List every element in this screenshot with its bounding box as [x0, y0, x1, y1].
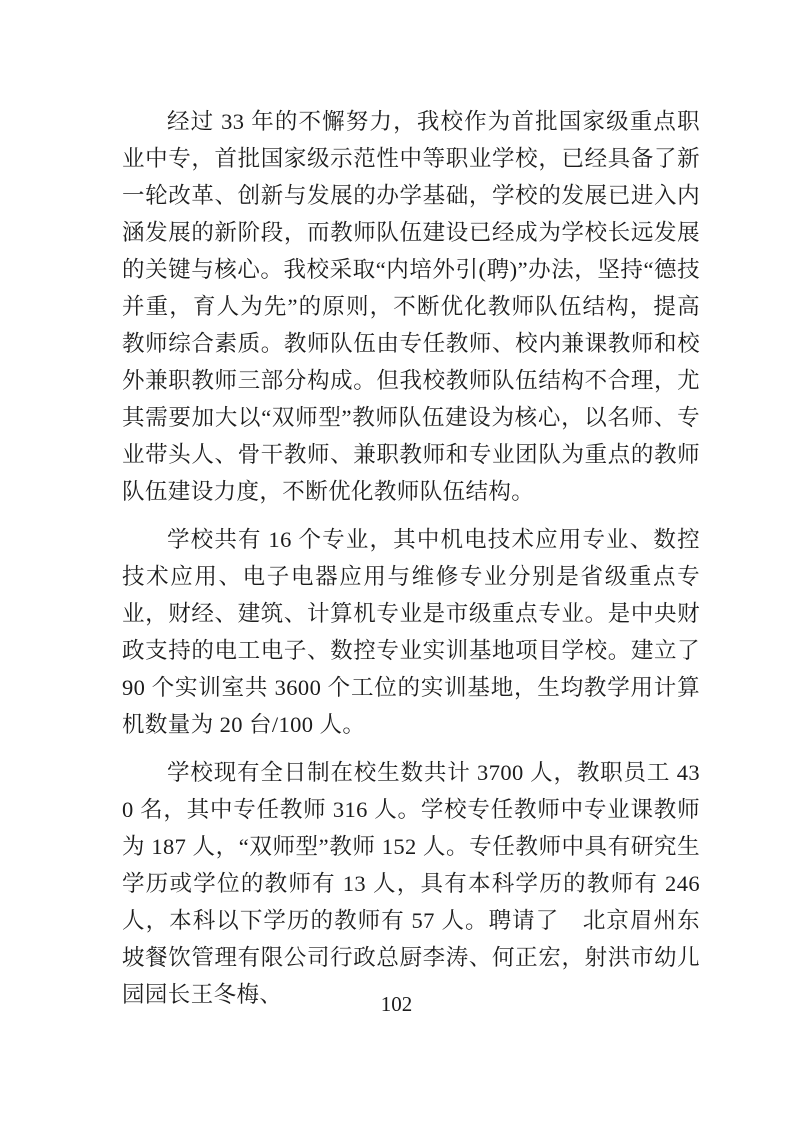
paragraph-1: 经过 33 年的不懈努力，我校作为首批国家级重点职业中专，首批国家级示范性中等职…: [122, 103, 700, 510]
paragraph-3: 学校现有全日制在校生数共计 3700 人，教职员工 430 名，其中专任教师 3…: [122, 754, 700, 1013]
paragraph-2: 学校共有 16 个专业，其中机电技术应用专业、数控技术应用、电子电器应用与维修专…: [122, 521, 700, 743]
document-page: 经过 33 年的不懈努力，我校作为首批国家级重点职业中专，首批国家级示范性中等职…: [0, 0, 793, 1122]
page-number: 102: [0, 991, 793, 1017]
page-content: 经过 33 年的不懈努力，我校作为首批国家级重点职业中专，首批国家级示范性中等职…: [122, 103, 700, 1024]
